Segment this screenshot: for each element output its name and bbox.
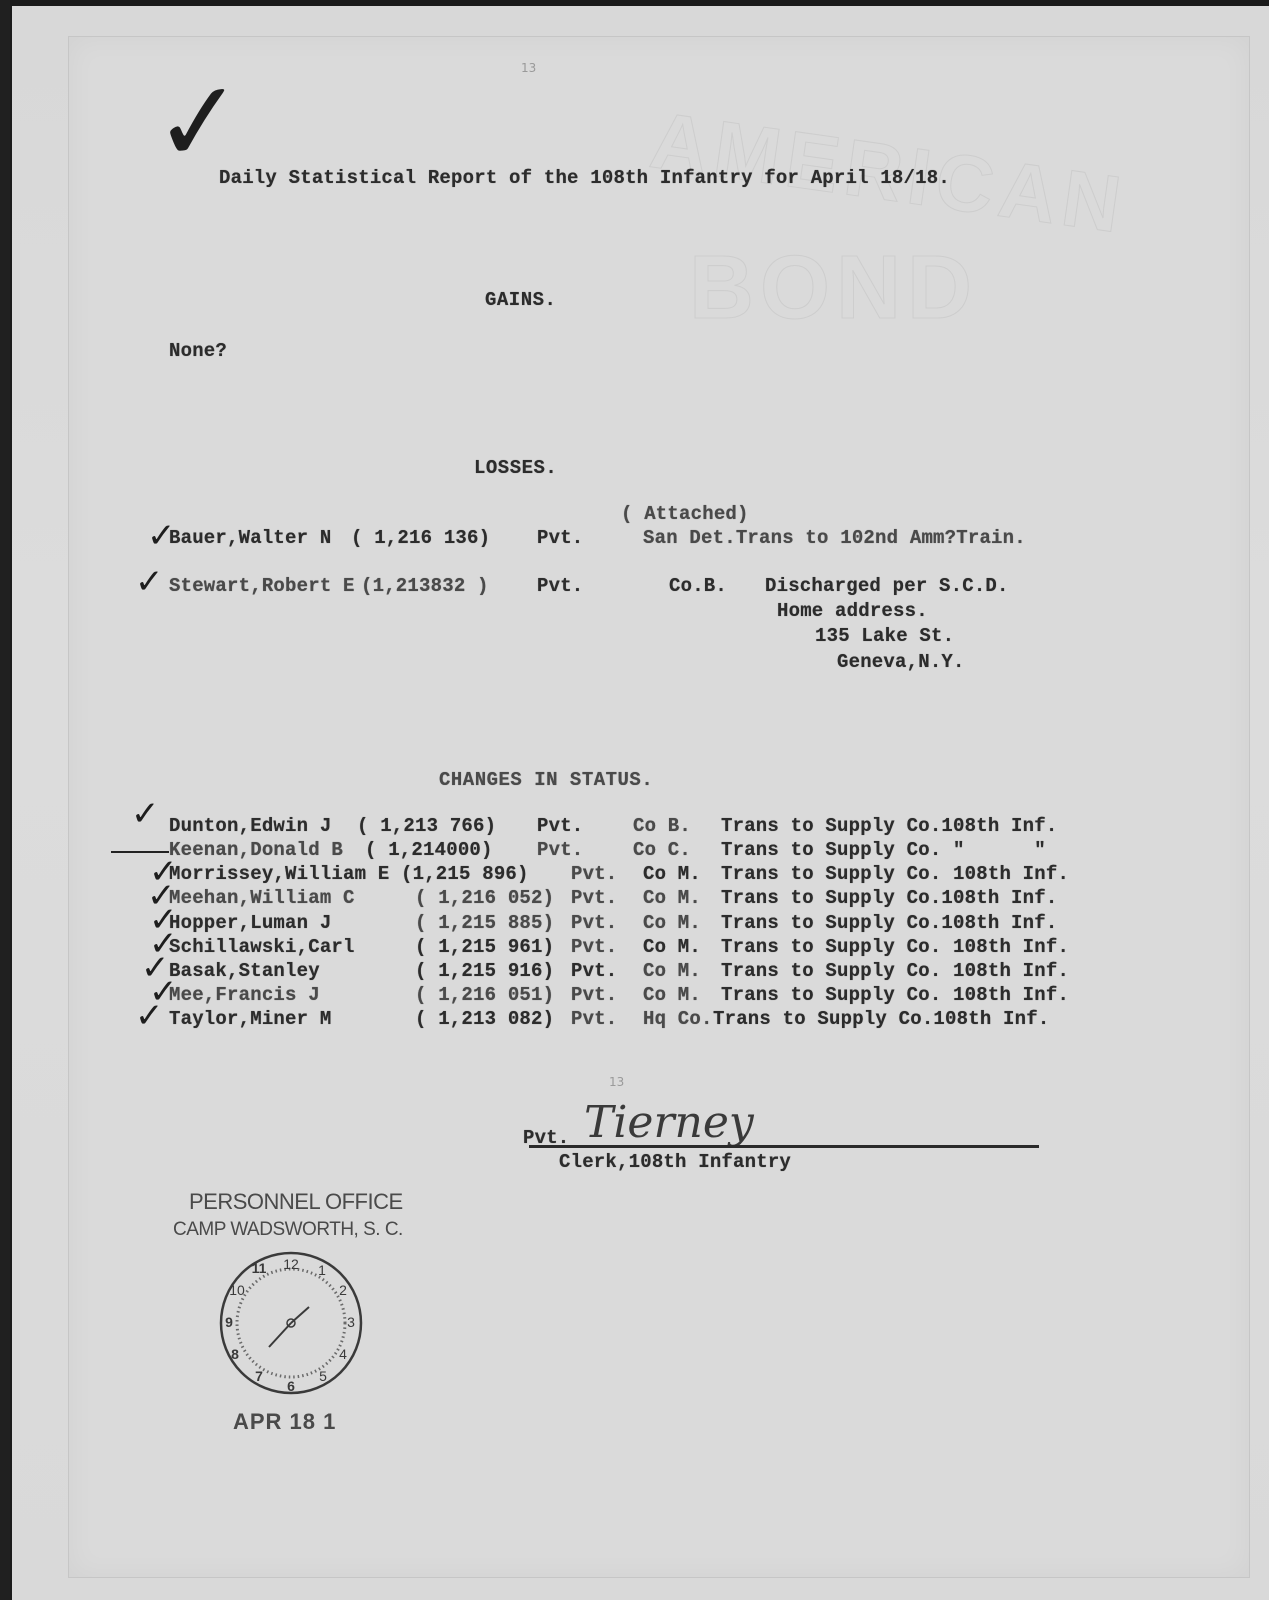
gains-heading: GAINS.: [485, 289, 556, 311]
loss-name: Bauer,Walter N: [169, 527, 331, 549]
loss-action: Discharged per S.C.D.: [765, 575, 1009, 597]
status-action: Trans to Supply Co.108th Inf.: [721, 912, 1057, 934]
status-unit: Hq Co.: [643, 1008, 713, 1030]
status-rank: Pvt.: [571, 960, 617, 982]
status-action: Trans to Supply Co.108th Inf.: [721, 887, 1057, 909]
svg-text:3: 3: [347, 1314, 355, 1330]
svg-text:10: 10: [229, 1282, 245, 1298]
status-name: Hopper,Luman J: [169, 912, 331, 934]
losses-heading: LOSSES.: [474, 457, 557, 479]
status-action: Trans to Supply Co. 108th Inf.: [721, 863, 1069, 885]
status-unit: Co C.: [633, 839, 691, 861]
status-serial: ( 1,213 082): [415, 1008, 554, 1030]
status-action: Trans to Supply Co. " ": [721, 839, 1046, 861]
status-rank: Pvt.: [571, 912, 617, 934]
status-name: Dunton,Edwin J: [169, 815, 331, 837]
status-unit: Co B.: [633, 815, 691, 837]
loss-action: San Det.Trans to 102nd Amm?Train.: [643, 527, 1026, 549]
status-rank: Pvt.: [537, 815, 583, 837]
svg-text:11: 11: [252, 1260, 267, 1276]
svg-text:8: 8: [231, 1346, 239, 1362]
status-unit: Co M.: [643, 912, 701, 934]
status-rank: Pvt.: [571, 984, 617, 1006]
address-line: 135 Lake St.: [815, 625, 954, 647]
status-action: Trans to Supply Co. 108th Inf.: [721, 936, 1069, 958]
check-mark-icon: ✓: [135, 999, 164, 1033]
loss-name: Stewart,Robert E: [169, 575, 355, 597]
svg-text:7: 7: [255, 1368, 263, 1384]
page-number-mark: 13: [521, 61, 536, 75]
loss-rank: Pvt.: [537, 575, 583, 597]
svg-text:1: 1: [318, 1262, 326, 1278]
status-action: Trans to Supply Co. 108th Inf.: [721, 984, 1069, 1006]
stamp-date: APR 18 1: [233, 1409, 336, 1435]
svg-text:5: 5: [319, 1368, 327, 1384]
svg-text:4: 4: [339, 1346, 347, 1362]
signature-line: [529, 1145, 1039, 1148]
status-action: Trans to Supply Co. 108th Inf.: [721, 960, 1069, 982]
status-unit: Co M.: [643, 936, 701, 958]
svg-text:6: 6: [287, 1378, 295, 1394]
status-serial: ( 1,213 766): [357, 815, 496, 837]
loss-unit: Co.B.: [669, 575, 727, 597]
status-name: Keenan,Donald B: [169, 839, 343, 861]
status-serial: ( 1,215 961): [415, 936, 554, 958]
status-serial: ( 1,215 916): [415, 960, 554, 982]
scan-left-border: [0, 0, 10, 1600]
status-name: Basak,Stanley: [169, 960, 320, 982]
gains-body: None?: [169, 340, 227, 362]
status-unit: Co M.: [643, 863, 701, 885]
status-rank: Pvt.: [537, 839, 583, 861]
watermark-line-2: BOND: [689, 237, 978, 340]
status-unit: Co M.: [643, 984, 701, 1006]
status-name: Taylor,Miner M: [169, 1008, 331, 1030]
svg-text:9: 9: [225, 1314, 233, 1330]
status-name: Morrissey,William E: [169, 863, 389, 885]
svg-text:2: 2: [339, 1282, 347, 1298]
status-name: Schillawski,Carl: [169, 936, 355, 958]
title-check-mark-icon: ✓: [149, 64, 249, 180]
status-serial: (1,215 896): [401, 863, 529, 885]
document-page: AMERICAN BOND 13 ✓ Daily Statistical Rep…: [68, 36, 1250, 1578]
address-line: Geneva,N.Y.: [837, 651, 965, 673]
scanned-sheet: AMERICAN BOND 13 ✓ Daily Statistical Rep…: [12, 6, 1269, 1600]
status-serial: ( 1,215 885): [415, 912, 554, 934]
check-mark-icon: ✓: [131, 797, 160, 831]
status-name: Meehan,William C: [169, 887, 355, 909]
status-rank: Pvt.: [571, 936, 617, 958]
stamp-line-1: PERSONNEL OFFICE: [189, 1189, 403, 1215]
changes-in-status-heading: CHANGES IN STATUS.: [439, 769, 653, 791]
loss-serial: (1,213832 ): [361, 575, 489, 597]
status-serial: ( 1,216 051): [415, 984, 554, 1006]
check-mark-icon: ✓: [135, 565, 164, 599]
stamp-line-2: CAMP WADSWORTH, S. C.: [173, 1219, 403, 1241]
page-number-mark: 13: [609, 1075, 624, 1089]
status-rank: Pvt.: [571, 1008, 617, 1030]
address-line: Home address.: [777, 600, 928, 622]
status-action: Trans to Supply Co.108th Inf.: [721, 815, 1057, 837]
status-serial: ( 1,216 052): [415, 887, 554, 909]
status-serial: ( 1,214000): [365, 839, 493, 861]
loss-rank: Pvt.: [537, 527, 583, 549]
status-action: Trans to Supply Co.108th Inf.: [713, 1008, 1049, 1030]
handwritten-signature: Tierney: [584, 1097, 754, 1148]
clock-stamp-icon: 12 1 2 3 4 5 6 7 8 9 10 11: [217, 1249, 365, 1397]
status-rank: Pvt.: [571, 863, 617, 885]
signature-title: Clerk,108th Infantry: [559, 1151, 791, 1173]
loss-serial: ( 1,216 136): [351, 527, 490, 549]
svg-text:12: 12: [283, 1256, 299, 1272]
report-title: Daily Statistical Report of the 108th In…: [219, 167, 950, 189]
loss-note: ( Attached): [621, 503, 749, 525]
status-unit: Co M.: [643, 887, 701, 909]
status-name: Mee,Francis J: [169, 984, 320, 1006]
status-unit: Co M.: [643, 960, 701, 982]
status-rank: Pvt.: [571, 887, 617, 909]
